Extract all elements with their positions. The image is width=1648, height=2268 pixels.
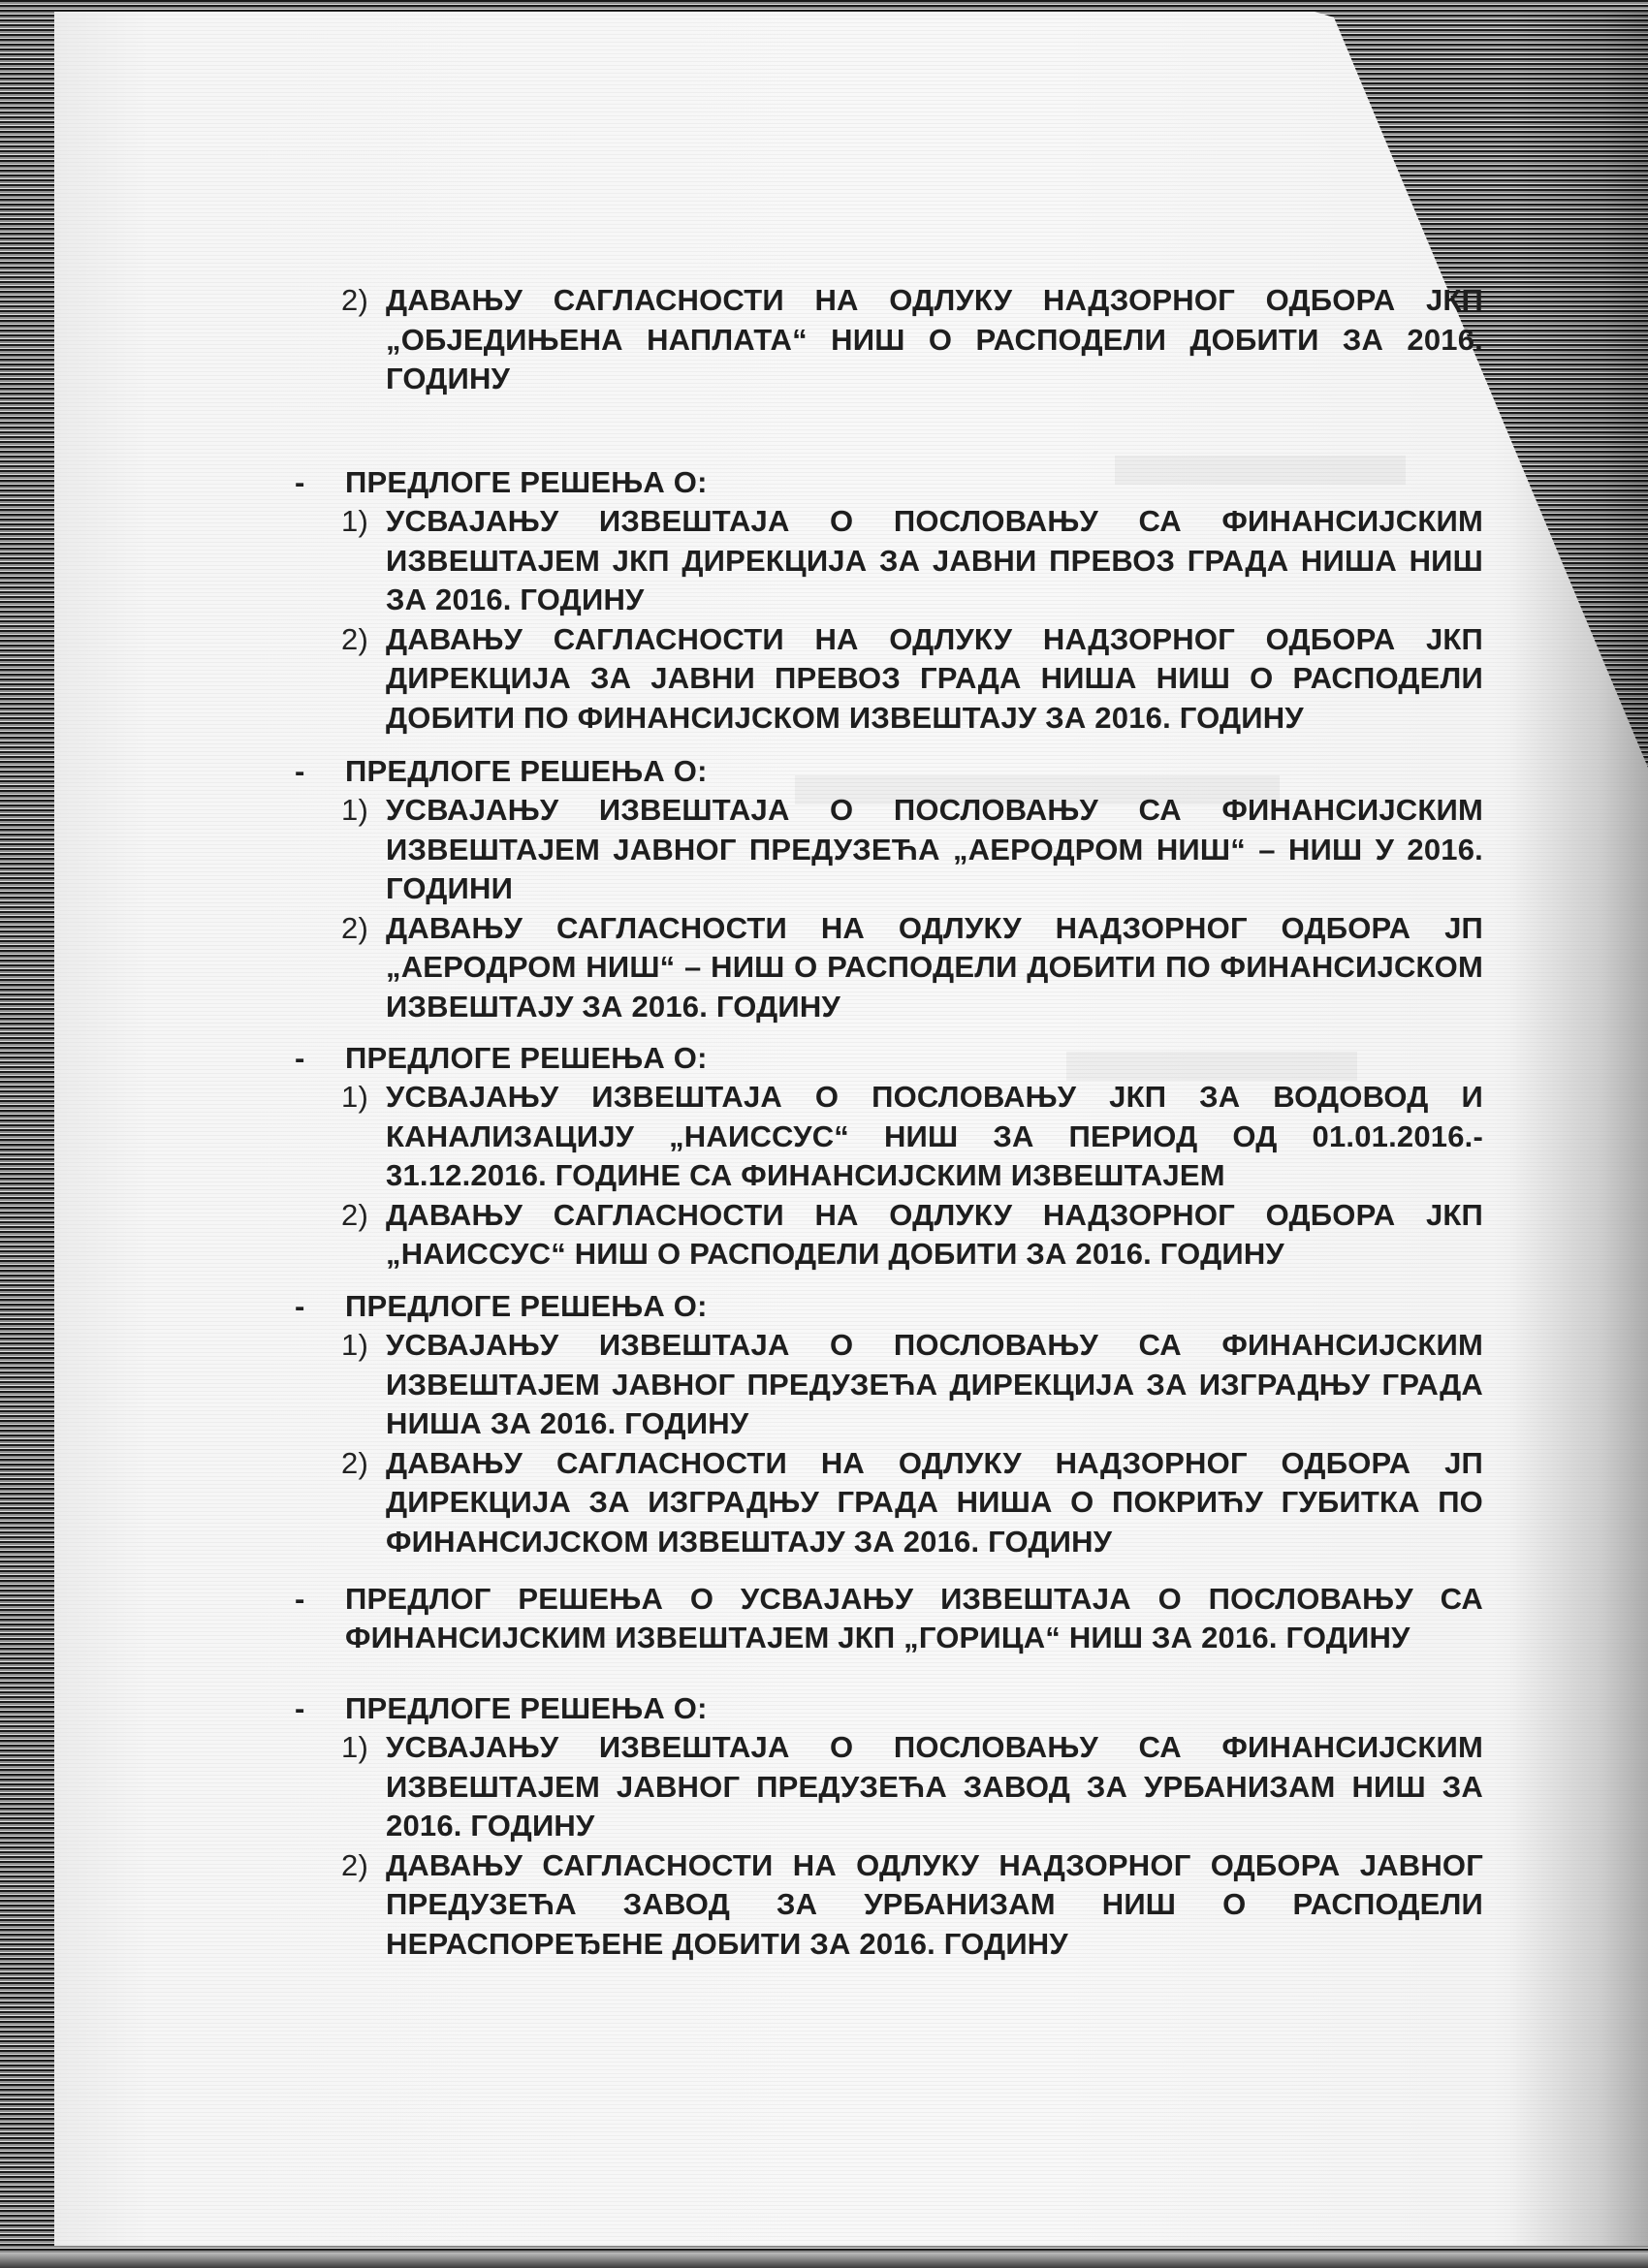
list-item: 2) ДАВАЊУ САГЛАСНОСТИ НА ОДЛУКУ НАДЗОРНО… [341,620,1483,739]
list-item: 2) ДАВАЊУ САГЛАСНОСТИ НА ОДЛУКУ НАДЗОРНО… [341,1196,1483,1275]
item-number: 1) [341,502,386,620]
section-heading: ПРЕДЛОГЕ РЕШЕЊА О: [345,752,1483,791]
item-number: 1) [341,1728,386,1846]
item-number: 2) [341,1846,386,1965]
section-heading: ПРЕДЛОГЕ РЕШЕЊА О: [345,1039,1483,1078]
list-item: 1) УСВАЈАЊУ ИЗВЕШТАЈА О ПОСЛОВАЊУ ЈКП ЗА… [341,1078,1483,1196]
section-heading: ПРЕДЛОГЕ РЕШЕЊА О: [345,463,1483,502]
list-item: 1) УСВАЈАЊУ ИЗВЕШТАЈА О ПОСЛОВАЊУ СА ФИН… [341,791,1483,909]
intro-item: 2) ДАВАЊУ САГЛАСНОСТИ НА ОДЛУКУ НАДЗОРНО… [291,281,1483,399]
bullet-dash: - [291,463,345,502]
bullet-dash: - [291,752,345,791]
bullet-dash: - [291,1287,345,1326]
item-number: 2) [341,909,386,1027]
bullet-dash: - [291,1689,345,1728]
item-text: ДАВАЊУ САГЛАСНОСТИ НА ОДЛУКУ НАДЗОРНОГ О… [386,281,1483,399]
item-number: 2) [341,281,386,399]
item-number: 2) [341,620,386,739]
item-text: УСВАЈАЊУ ИЗВЕШТАЈА О ПОСЛОВАЊУ СА ФИНАНС… [386,502,1483,620]
bullet-dash: - [291,1039,345,1078]
proposal-section-6: - ПРЕДЛОГЕ РЕШЕЊА О: 1) УСВАЈАЊУ ИЗВЕШТА… [291,1689,1483,1964]
proposal-section-4: - ПРЕДЛОГЕ РЕШЕЊА О: 1) УСВАЈАЊУ ИЗВЕШТА… [291,1287,1483,1561]
list-item: 1) УСВАЈАЊУ ИЗВЕШТАЈА О ПОСЛОВАЊУ СА ФИН… [341,502,1483,620]
section-heading: ПРЕДЛОГ РЕШЕЊА О УСВАЈАЊУ ИЗВЕШТАЈА О ПО… [345,1580,1483,1657]
section-heading: ПРЕДЛОГЕ РЕШЕЊА О: [345,1287,1483,1326]
item-text: УСВАЈАЊУ ИЗВЕШТАЈА О ПОСЛОВАЊУ СА ФИНАНС… [386,1326,1483,1444]
item-text: ДАВАЊУ САГЛАСНОСТИ НА ОДЛУКУ НАДЗОРНОГ О… [386,1846,1483,1965]
item-text: УСВАЈАЊУ ИЗВЕШТАЈА О ПОСЛОВАЊУ ЈКП ЗА ВО… [386,1078,1483,1196]
item-text: ДАВАЊУ САГЛАСНОСТИ НА ОДЛУКУ НАДЗОРНОГ О… [386,620,1483,739]
item-text: ДАВАЊУ САГЛАСНОСТИ НА ОДЛУКУ НАДЗОРНОГ О… [386,909,1483,1027]
item-text: УСВАЈАЊУ ИЗВЕШТАЈА О ПОСЛОВАЊУ СА ФИНАНС… [386,1728,1483,1846]
item-text: ДАВАЊУ САГЛАСНОСТИ НА ОДЛУКУ НАДЗОРНОГ О… [386,1444,1483,1562]
proposal-section-3: - ПРЕДЛОГЕ РЕШЕЊА О: 1) УСВАЈАЊУ ИЗВЕШТА… [291,1039,1483,1275]
proposal-section-1: - ПРЕДЛОГЕ РЕШЕЊА О: 1) УСВАЈАЊУ ИЗВЕШТА… [291,463,1483,738]
section-heading: ПРЕДЛОГЕ РЕШЕЊА О: [345,1689,1483,1728]
item-number: 1) [341,1326,386,1444]
scanner-bottom-edge [0,2252,1648,2268]
list-item: 2) ДАВАЊУ САГЛАСНОСТИ НА ОДЛУКУ НАДЗОРНО… [341,1846,1483,1965]
list-item: 2) ДАВАЊУ САГЛАСНОСТИ НА ОДЛУКУ НАДЗОРНО… [341,1444,1483,1562]
item-number: 2) [341,1196,386,1275]
item-text: УСВАЈАЊУ ИЗВЕШТАЈА О ПОСЛОВАЊУ СА ФИНАНС… [386,791,1483,909]
list-item: 1) УСВАЈАЊУ ИЗВЕШТАЈА О ПОСЛОВАЊУ СА ФИН… [341,1728,1483,1846]
bullet-dash: - [291,1580,345,1657]
item-number: 2) [341,1444,386,1562]
list-item: 2) ДАВАЊУ САГЛАСНОСТИ НА ОДЛУКУ НАДЗОРНО… [341,909,1483,1027]
item-number: 1) [341,791,386,909]
proposal-section-2: - ПРЕДЛОГЕ РЕШЕЊА О: 1) УСВАЈАЊУ ИЗВЕШТА… [291,752,1483,1026]
item-text: ДАВАЊУ САГЛАСНОСТИ НА ОДЛУКУ НАДЗОРНОГ О… [386,1196,1483,1275]
list-item: 1) УСВАЈАЊУ ИЗВЕШТАЈА О ПОСЛОВАЊУ СА ФИН… [341,1326,1483,1444]
proposal-section-5: - ПРЕДЛОГ РЕШЕЊА О УСВАЈАЊУ ИЗВЕШТАЈА О … [291,1580,1483,1657]
item-number: 1) [341,1078,386,1196]
